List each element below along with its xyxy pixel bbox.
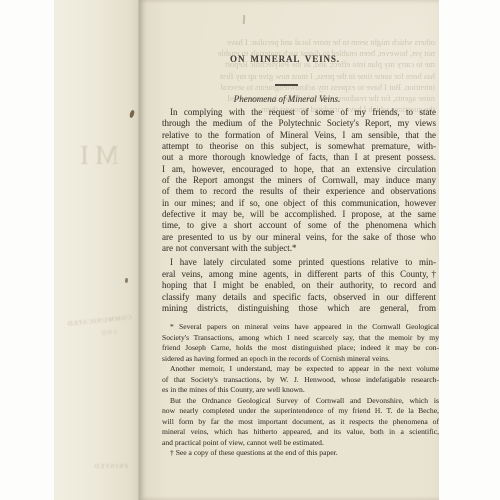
showthrough-word-communicated: COMMUNICATED [56,314,132,329]
text-line: eral veins, among mine agents, in differ… [162,269,436,280]
text-line: classify many details and specific facts… [162,292,436,303]
text-line: * Several papers on mineral veins have a… [162,322,439,333]
paragraph: † See a copy of these questions at the e… [162,448,439,459]
text-line: of that Society's transactions, by W. J.… [162,375,439,386]
text-line: now nearly completed under the superinte… [162,406,439,417]
text-line: defective it may be, will be accomplishe… [162,209,436,220]
text-line: I have lately circulated some printed qu… [162,257,436,268]
paragraph: * Several papers on mineral veins have a… [162,322,439,364]
text-line: But the Ordnance Geological Survey of Co… [162,396,439,407]
showthrough-word-and: AND [68,328,118,340]
text-line: relative to the formation of Mineral Vei… [162,130,436,141]
text-line: hoping that I might be enabled, on their… [162,280,436,291]
text-line: † See a copy of these questions at the e… [162,448,439,459]
paragraph: But the Ordnance Geological Survey of Co… [162,396,439,449]
showthrough-word-printed: PRINTED [58,463,128,470]
book-photograph: MI COMMUNICATED AND PRINTED others which… [0,0,500,500]
text-line: out a more thorough knowledge of facts, … [162,152,436,163]
text-line: and practical point of view, cannot well… [162,438,439,449]
text-line: will form by far the most important docu… [162,417,439,428]
paragraph: I have lately circulated some printed qu… [162,257,436,314]
showthrough-line: others which might seem to be more local… [171,37,435,48]
text-line: In complying with the request of some of… [162,107,436,118]
body-text: In complying with the request of some of… [162,107,436,314]
footnotes: * Several papers on mineral veins have a… [162,322,439,459]
text-line: attempt to theorise on this subject, is … [162,141,436,152]
showthrough-line: has been for some time in the press, I m… [171,71,435,82]
text-line: mineral veins, which has hitherto appear… [162,427,439,438]
text-line: in our mines; and if so, one object of t… [162,198,436,209]
paragraph: In complying with the request of some of… [162,107,436,254]
text-line: Society's Transactions, among which I ne… [162,333,439,344]
text-line: through the medium of the Polytechnic So… [162,118,436,129]
section-heading: Phenomena of Mineral Veins. [150,94,424,104]
text-line: are not conversant with the subject.* [162,243,436,254]
text-line: time, to give a short account of some of… [162,220,436,231]
text-line: of them to record the results of their e… [162,186,436,197]
showthrough-large-letters: MI [74,140,119,171]
page-title: ON MINERAL VEINS. [148,54,422,64]
divider-rule [275,84,298,86]
book-page: others which might seem to be more local… [138,0,439,500]
text-line: of the Report amongst the miners of Corn… [162,175,436,186]
text-line: sidered as having formed an epoch in the… [162,354,439,365]
text-line: es in the mines of this County, are well… [162,385,439,396]
text-line: friend Joseph Carne, holds the most dist… [162,343,439,354]
previous-leaf-edge: MI COMMUNICATED AND PRINTED [54,0,138,500]
text-line: are presented to us by our mineral veins… [162,232,436,243]
showthrough-line: intention. But I have to express my ackn… [171,82,435,93]
paragraph: Another memoir, I understand, may be exp… [162,364,439,396]
text-line: mining districts, distinguishing those w… [162,303,436,314]
ink-mark [243,15,246,24]
text-line: Another memoir, I understand, may be exp… [162,364,439,375]
text-line: I am, however, encouraged to hope, that … [162,164,436,175]
